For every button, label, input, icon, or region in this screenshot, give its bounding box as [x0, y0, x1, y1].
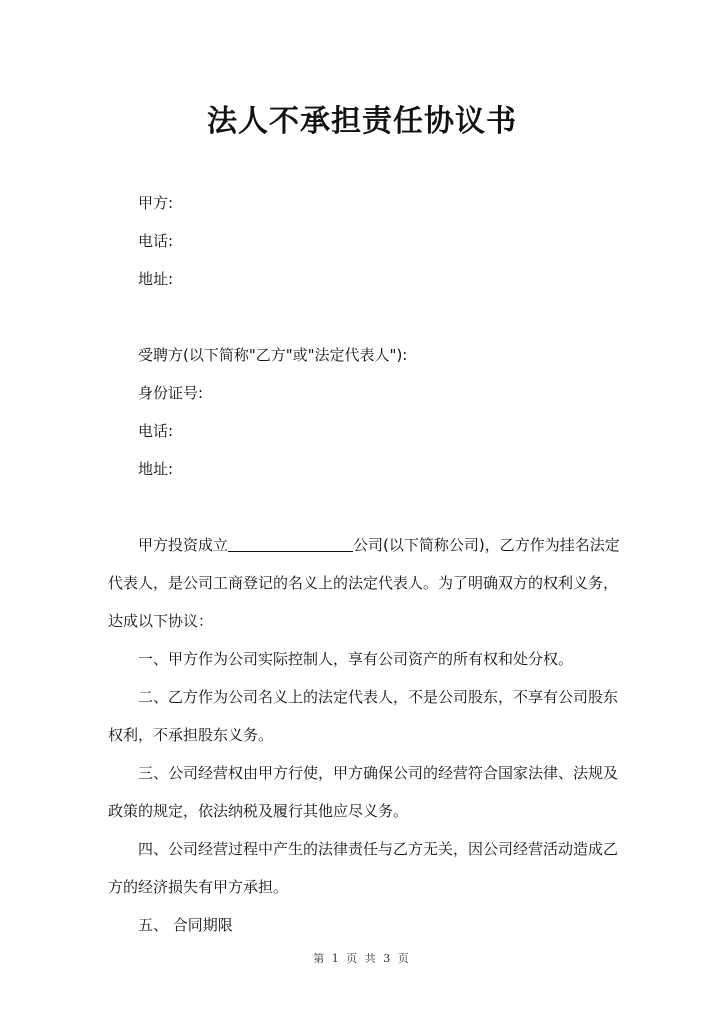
party-a-name-label: 甲方:: [138, 193, 173, 213]
clause-1-text: 一、甲方作为公司实际控制人，享有公司资产的所有权和处分权。: [138, 650, 573, 668]
clause-4: 四、公司经营过程中产生的法律责任与乙方无关，因公司经营活动造成乙方的经济损失有甲…: [108, 830, 628, 906]
page-indicator: 第 1 页 共 3 页: [0, 950, 724, 966]
party-b-id-label: 身份证号:: [138, 383, 203, 403]
clause-5-text: 五、 合同期限: [138, 916, 233, 934]
clause-2: 二、乙方作为公司名义上的法定代表人，不是公司股东，不享有公司股东权利，不承担股东…: [108, 678, 628, 754]
clause-5-heading: 五、 合同期限: [108, 906, 628, 944]
company-name-blank: [228, 535, 353, 552]
document-title: 法人不承担责任协议书: [0, 96, 724, 140]
clause-4-text: 四、公司经营过程中产生的法律责任与乙方无关，因公司经营活动造成乙方的经济损失有甲…: [108, 840, 618, 896]
party-a-phone-label: 电话:: [138, 231, 173, 251]
party-a-address-label: 地址:: [138, 269, 173, 289]
clause-2-text: 二、乙方作为公司名义上的法定代表人，不是公司股东，不享有公司股东权利，不承担股东…: [108, 688, 618, 744]
party-b-intro-label: 受聘方(以下简称"乙方"或"法定代表人"):: [138, 345, 407, 365]
party-b-phone-label: 电话:: [138, 421, 173, 441]
party-b-address-label: 地址:: [138, 459, 173, 479]
clause-3: 三、公司经营权由甲方行使，甲方确保公司的经营符合国家法律、法规及政策的规定，依法…: [108, 754, 628, 830]
clause-1: 一、甲方作为公司实际控制人，享有公司资产的所有权和处分权。: [108, 640, 628, 678]
preamble-part1: 甲方投资成立: [138, 536, 228, 554]
preamble-paragraph: 甲方投资成立公司(以下简称公司)，乙方作为挂名法定代表人，是公司工商登记的名义上…: [108, 526, 628, 640]
clause-3-text: 三、公司经营权由甲方行使，甲方确保公司的经营符合国家法律、法规及政策的规定，依法…: [108, 764, 618, 820]
